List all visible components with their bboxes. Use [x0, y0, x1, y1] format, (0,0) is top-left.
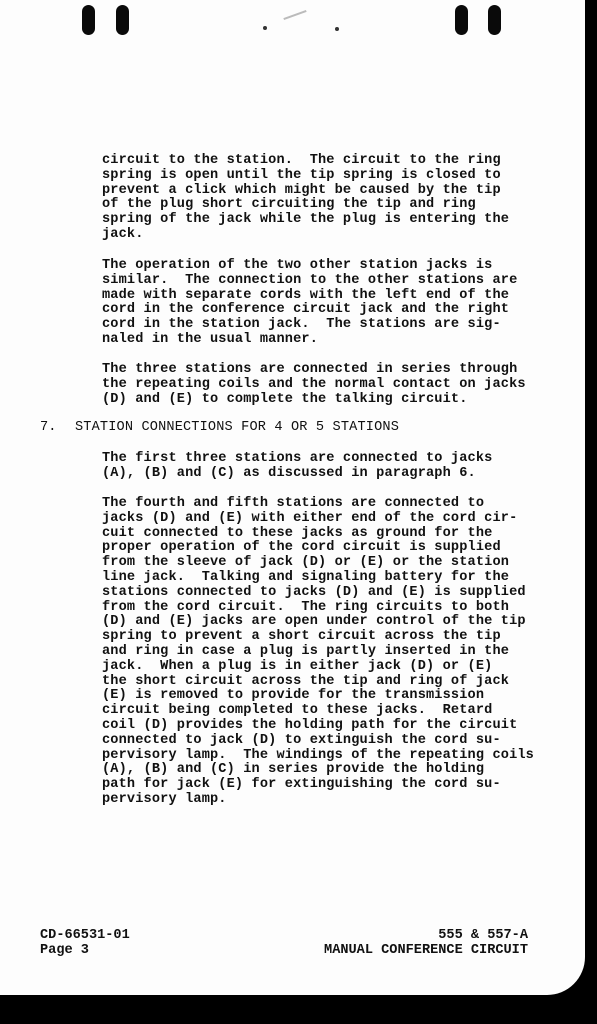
paragraph: The fourth and fifth stations are connec… [102, 497, 572, 808]
paragraph: The operation of the two other station j… [102, 259, 572, 348]
section-number: 7. [40, 420, 75, 435]
paragraph: The first three stations are connected t… [102, 452, 572, 482]
section-title: STATION CONNECTIONS FOR 4 OR 5 STATIONS [75, 420, 399, 435]
document-page: circuit to the station. The circuit to t… [0, 0, 585, 995]
punch-hole [116, 5, 129, 35]
footer-left: CD-66531-01Page 3 [40, 928, 130, 958]
scan-smear [283, 10, 306, 20]
section-heading: 7.STATION CONNECTIONS FOR 4 OR 5 STATION… [40, 420, 399, 435]
paragraph: circuit to the station. The circuit to t… [102, 154, 572, 243]
document-title: MANUAL CONFERENCE CIRCUIT [324, 943, 528, 958]
scan-speck [263, 26, 267, 30]
doc-number: CD-66531-01 [40, 928, 130, 943]
model-number: 555 & 557-A [324, 928, 528, 943]
paragraph: The three stations are connected in seri… [102, 363, 572, 407]
punch-hole [82, 5, 95, 35]
footer-right: 555 & 557-AMANUAL CONFERENCE CIRCUIT [324, 928, 528, 958]
punch-hole [455, 5, 468, 35]
page-number: Page 3 [40, 943, 130, 958]
punch-hole [488, 5, 501, 35]
scan-speck [335, 27, 339, 31]
